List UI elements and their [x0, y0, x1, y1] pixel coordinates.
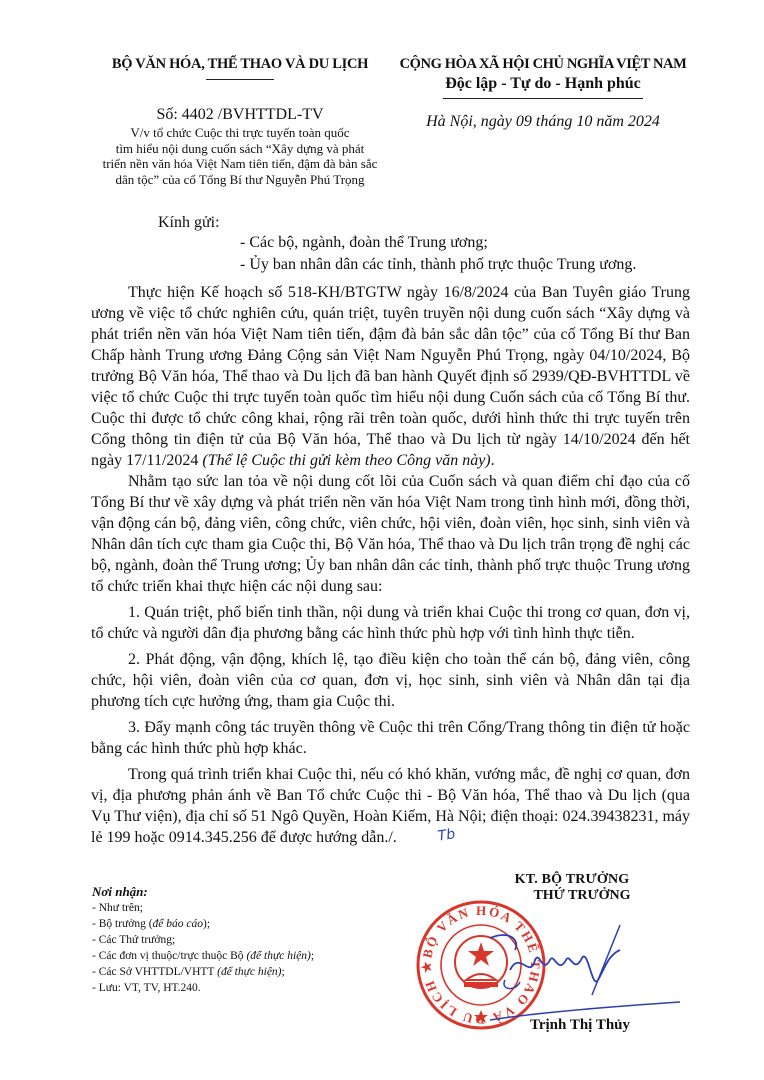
- paragraph-italic-note: (Thể lệ Cuộc thi gửi kèm theo Công văn n…: [202, 452, 490, 469]
- signature-block: KT. BỘ TRƯỞNG THỨ TRƯỞNG Trịnh Thị Thủy: [452, 872, 692, 904]
- letter-body: Thực hiện Kế hoạch số 518-KH/BTGTW ngày …: [91, 282, 690, 854]
- paragraph-intro: Thực hiện Kế hoạch số 518-KH/BTGTW ngày …: [91, 282, 690, 471]
- divider: [206, 79, 274, 80]
- handwritten-signature-icon: [480, 920, 690, 1030]
- national-motto: Độc lập - Tự do - Hạnh phúc: [384, 75, 702, 93]
- task-item-2: 2. Phát động, vận động, khích lệ, tạo đi…: [91, 649, 690, 712]
- subject-line: triển nền văn hóa Việt Nam tiên tiến, đậ…: [90, 156, 390, 172]
- distribution-item: - Các Thứ trưởng;: [92, 932, 314, 948]
- nation-title: CỘNG HÒA XÃ HỘI CHỦ NGHĨA VIỆT NAM: [384, 56, 702, 73]
- national-header: CỘNG HÒA XÃ HỘI CHỦ NGHĨA VIỆT NAM Độc l…: [384, 56, 702, 131]
- distribution-item: - Các Sở VHTTDL/VHTT (để thực hiện);: [92, 964, 314, 980]
- task-item-1: 1. Quán triệt, phổ biến tinh thần, nội d…: [91, 602, 690, 644]
- paragraph-purpose: Nhằm tạo sức lan tỏa về nội dung cốt lõi…: [91, 471, 690, 597]
- paragraph-closing: Trong quá trình triển khai Cuộc thi, nếu…: [91, 764, 690, 849]
- distribution-title: Nơi nhận:: [92, 884, 314, 900]
- distribution-item: - Như trên;: [92, 900, 314, 916]
- subject-line: V/v tổ chức Cuộc thi trực tuyến toàn quố…: [90, 125, 390, 141]
- distribution-list: Nơi nhận: - Như trên; - Bộ trưởng (để bá…: [92, 884, 314, 996]
- document-subject: V/v tổ chức Cuộc thi trực tuyến toàn quố…: [90, 125, 390, 187]
- paragraph-text: Thực hiện Kế hoạch số 518-KH/BTGTW ngày …: [91, 284, 690, 469]
- document-number: Số: 4402 /BVHTTDL-TV: [90, 106, 390, 124]
- signatory-role: THỨ TRƯỞNG: [472, 888, 692, 904]
- recipients-label: Kính gửi:: [158, 214, 220, 232]
- subject-line: tìm hiểu nội dung cuốn sách “Xây dựng và…: [90, 141, 390, 157]
- subject-line: dân tộc” của cố Tổng Bí thư Nguyễn Phú T…: [90, 172, 390, 188]
- official-letter-page: BỘ VĂN HÓA, THỂ THAO VÀ DU LỊCH Số: 4402…: [0, 0, 764, 1080]
- handwritten-initials: Tb: [400, 824, 457, 852]
- recipients-list: - Các bộ, ngành, đoàn thể Trung ương; - …: [240, 232, 636, 276]
- task-item-3: 3. Đẩy mạnh công tác truyền thông về Cuộ…: [91, 717, 690, 759]
- distribution-item: - Bộ trưởng (để báo cáo);: [92, 916, 314, 932]
- recipient-item: - Ủy ban nhân dân các tỉnh, thành phố tr…: [240, 254, 636, 276]
- ministry-name: BỘ VĂN HÓA, THỂ THAO VÀ DU LỊCH: [90, 56, 390, 73]
- divider: [443, 98, 643, 99]
- distribution-item: - Lưu: VT, TV, HT.240.: [92, 980, 314, 996]
- dateline: Hà Nội, ngày 09 tháng 10 năm 2024: [384, 113, 702, 131]
- signatory-authority: KT. BỘ TRƯỞNG: [452, 872, 692, 888]
- recipient-item: - Các bộ, ngành, đoàn thể Trung ương;: [240, 232, 636, 254]
- closing-text: Trong quá trình triển khai Cuộc thi, nếu…: [91, 766, 690, 846]
- distribution-item: - Các đơn vị thuộc/trực thuộc Bộ (để thự…: [92, 948, 314, 964]
- issuer-header: BỘ VĂN HÓA, THỂ THAO VÀ DU LỊCH Số: 4402…: [90, 56, 390, 187]
- paragraph-end: .: [491, 452, 495, 469]
